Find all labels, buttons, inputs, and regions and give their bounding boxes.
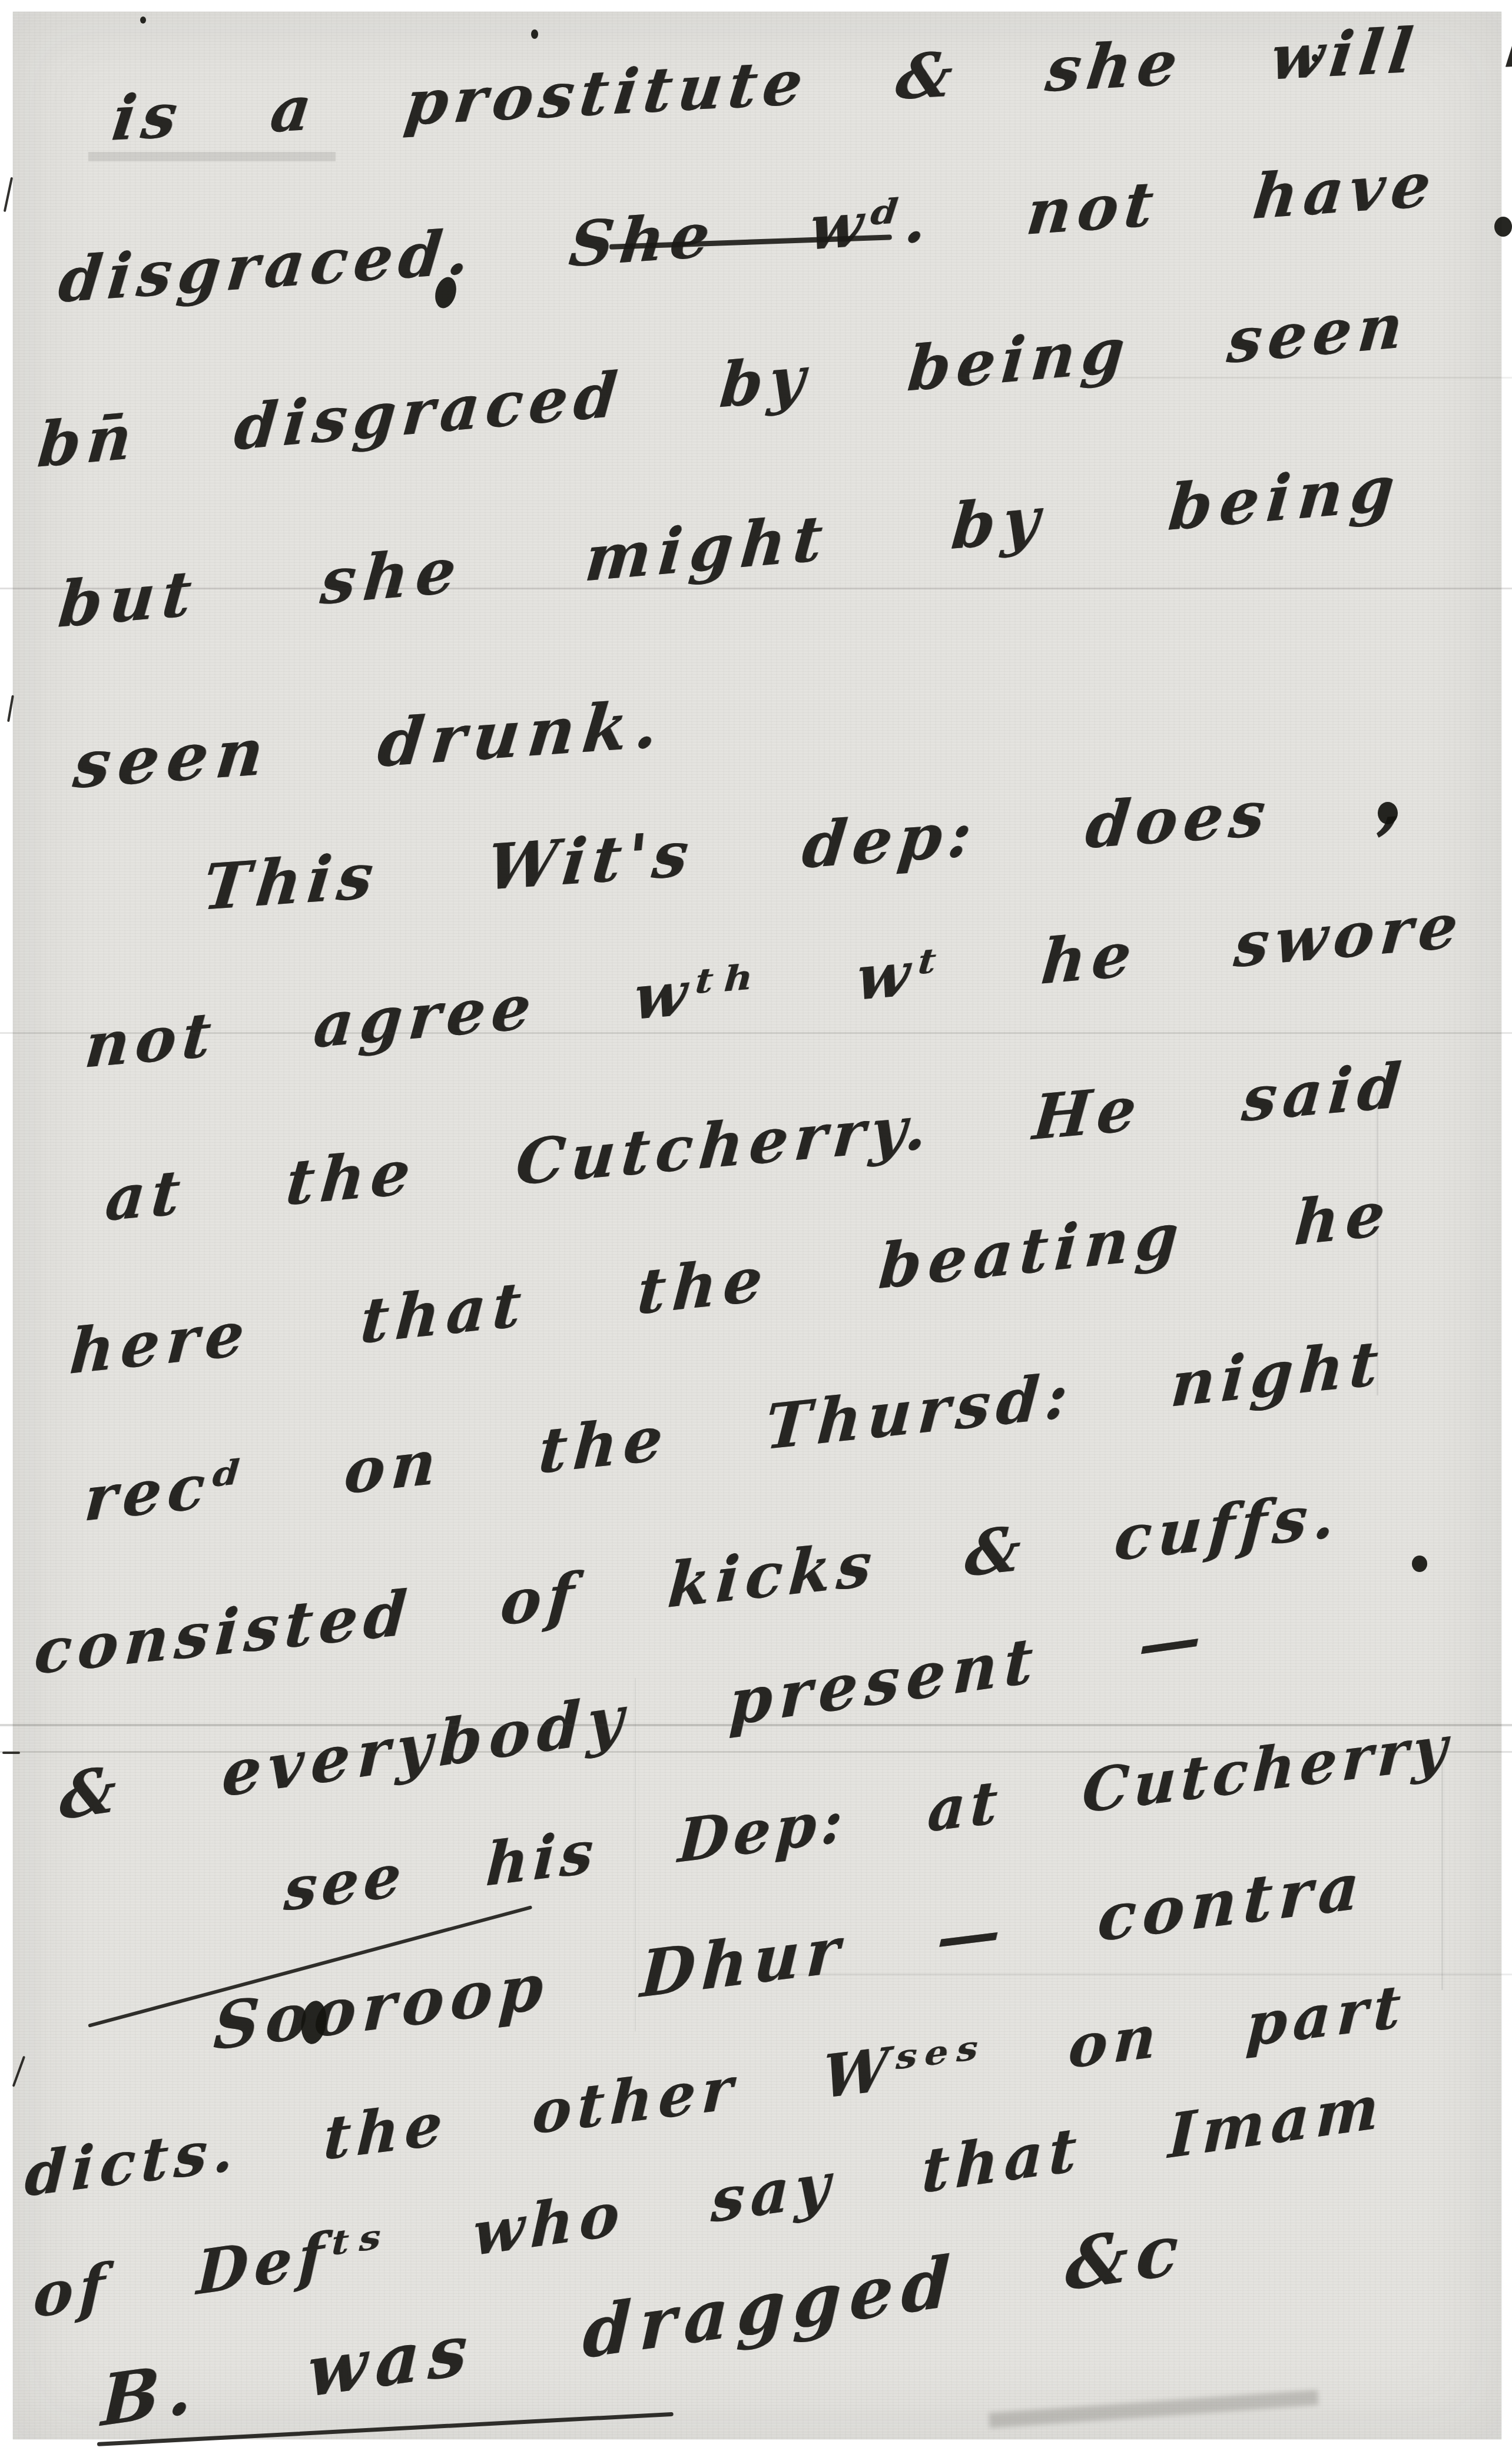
scan-streak bbox=[1441, 1737, 1443, 1990]
scan-streak bbox=[1377, 1089, 1378, 1395]
ink-dot bbox=[299, 1999, 329, 2045]
pen-stroke bbox=[97, 2412, 674, 2446]
pencil-smudge bbox=[989, 2390, 1318, 2428]
scan-streak bbox=[0, 1751, 1512, 1753]
scan-streak bbox=[0, 588, 1512, 589]
ink-dot bbox=[1378, 802, 1398, 824]
pen-stroke bbox=[4, 177, 13, 213]
scan-streak bbox=[88, 152, 336, 161]
ink-marks-layer bbox=[0, 0, 1512, 2464]
ink-dot bbox=[432, 275, 460, 311]
ink-dot bbox=[1412, 1556, 1427, 1572]
ink-dot bbox=[140, 16, 146, 24]
pen-stroke bbox=[609, 234, 892, 250]
ink-dot bbox=[1312, 54, 1318, 62]
scan-streak bbox=[942, 377, 1512, 379]
scan-streak bbox=[765, 1974, 1512, 1975]
pen-stroke bbox=[7, 695, 14, 722]
scan-streak bbox=[635, 1678, 636, 2031]
pen-stroke bbox=[12, 2056, 26, 2087]
scanned-page: is a prostitute & she will bedisgraced. … bbox=[0, 0, 1512, 2464]
scan-streak bbox=[0, 1032, 1512, 1034]
scan-streak bbox=[0, 1724, 1512, 1726]
ink-dot bbox=[1494, 217, 1512, 237]
ink-dot bbox=[531, 29, 538, 39]
